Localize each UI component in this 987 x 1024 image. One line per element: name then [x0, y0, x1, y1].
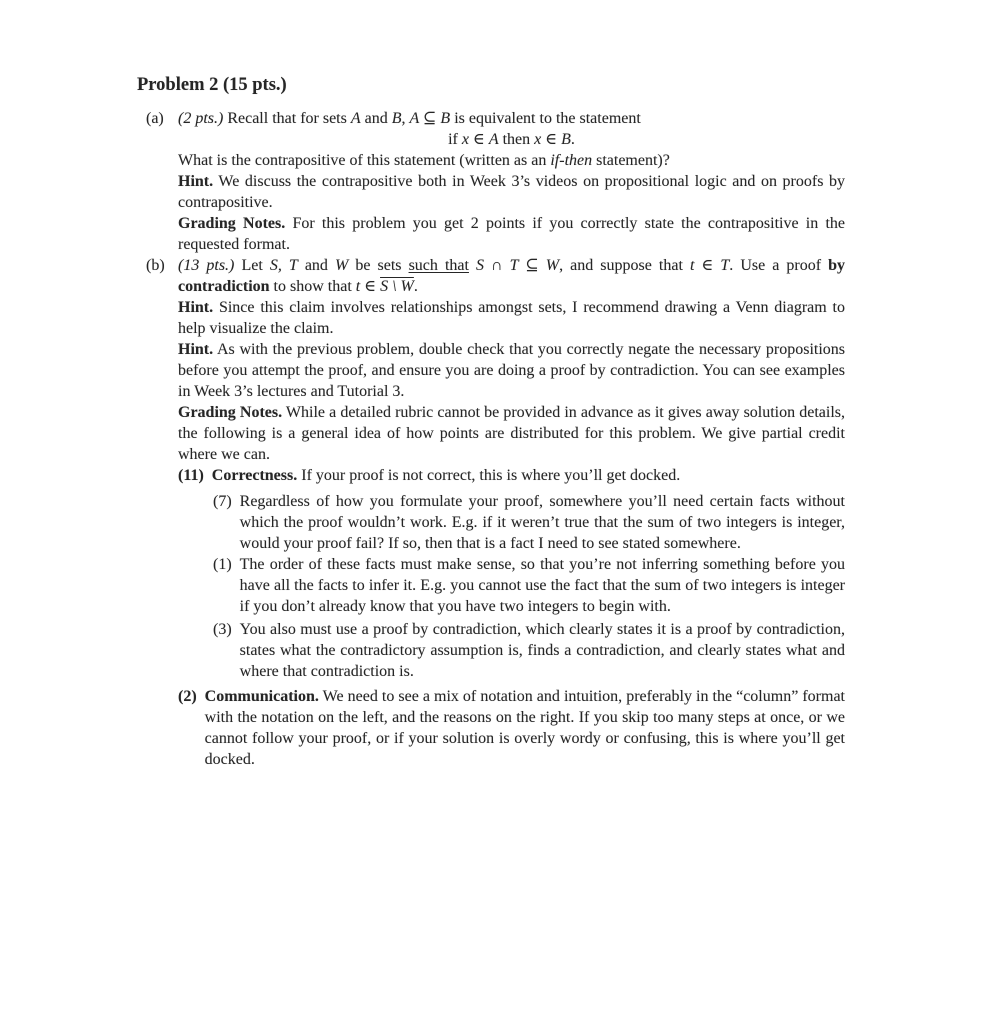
set-variable: B: [392, 110, 402, 127]
rubric-subitem-text: Regardless of how you formulate your pro…: [240, 491, 845, 554]
overlined-set-expression: S \ W: [380, 278, 414, 295]
text-run: and: [361, 110, 392, 127]
if-then-emphasis: if-then: [550, 152, 592, 169]
set-variable: A: [351, 110, 361, 127]
text-run: .: [414, 278, 418, 295]
element-of-symbol: ∈: [469, 131, 489, 148]
part-a-question: What is the contrapositive of this state…: [178, 150, 845, 171]
hint-label: Hint.: [178, 173, 213, 190]
text-run: to show that: [270, 278, 356, 295]
part-b: (b) (13 pts.) Let S, T and W be sets suc…: [137, 255, 845, 770]
rubric-subitem-order: (1) The order of these facts must make s…: [213, 554, 845, 617]
element-of-symbol: ∈: [541, 131, 561, 148]
text-run: The order of these facts must make sense…: [240, 556, 845, 615]
text-run: and: [298, 257, 335, 274]
rubric-item-communication: (2) Communication. We need to see a mix …: [178, 686, 845, 770]
text-run: If your proof is not correct, this is wh…: [297, 467, 680, 484]
problem-heading: Problem 2 (15 pts.): [137, 74, 845, 96]
math-variable: x: [462, 131, 469, 148]
part-b-intro: (13 pts.) Let S, T and W be sets such th…: [178, 255, 845, 297]
text-run: We discuss the contrapositive both in We…: [178, 173, 845, 211]
points-tag: (2 pts.): [178, 110, 223, 127]
rubric-subitem-number: (7): [213, 491, 232, 512]
rubric-subitem-contradiction: (3) You also must use a proof by contrad…: [213, 619, 845, 682]
part-a-hint: Hint. We discuss the contrapositive both…: [178, 171, 845, 213]
part-a: (a) (2 pts.) Recall that for sets A and …: [137, 108, 845, 255]
part-a-label: (a): [137, 108, 178, 129]
underlined-phrase: such that: [409, 257, 469, 274]
text-run: be sets: [348, 257, 408, 274]
grading-notes-label: Grading Notes.: [178, 404, 282, 421]
part-a-intro: (2 pts.) Recall that for sets A and B, A…: [178, 108, 845, 129]
text-run: What is the contrapositive of this state…: [178, 152, 550, 169]
text-run: As with the previous problem, double che…: [178, 341, 845, 400]
document-page: Problem 2 (15 pts.) (a) (2 pts.) Recall …: [0, 0, 987, 1024]
text-run: , and suppose that: [559, 257, 690, 274]
set-variable: B: [561, 131, 571, 148]
points-tag: (13 pts.): [178, 257, 234, 274]
rubric-list: (11) Correctness. If your proof is not c…: [178, 465, 845, 770]
hint-label: Hint.: [178, 299, 213, 316]
part-b-content: (13 pts.) Let S, T and W be sets such th…: [178, 255, 845, 770]
set-expression: t ∈ T: [690, 257, 729, 274]
text-run: .: [571, 131, 575, 148]
set-expression: A ⊆ B: [410, 110, 451, 127]
rubric-item-number: (11): [178, 465, 204, 486]
text-run: Since this claim involves relationships …: [178, 299, 845, 337]
text-run: statement)?: [592, 152, 670, 169]
rubric-subitem-text: The order of these facts must make sense…: [240, 554, 845, 617]
rubric-sublist: (7) Regardless of how you formulate your…: [213, 491, 845, 682]
part-b-hint-1: Hint. Since this claim involves relation…: [178, 297, 845, 339]
text-run: Recall that for sets: [223, 110, 351, 127]
equation-display: if x ∈ A then x ∈ B.: [178, 129, 845, 150]
set-expression: S ∩ T ⊆ W: [476, 257, 559, 274]
text-run: Regardless of how you formulate your pro…: [240, 493, 845, 552]
text-run: if: [448, 131, 462, 148]
rubric-subitem-number: (1): [213, 554, 232, 575]
text-run: is equivalent to the statement: [450, 110, 641, 127]
rubric-category-label: Communication.: [205, 688, 319, 705]
set-variable: A: [489, 131, 499, 148]
part-b-hint-2: Hint. As with the previous problem, doub…: [178, 339, 845, 402]
part-a-content: (2 pts.) Recall that for sets A and B, A…: [178, 108, 845, 255]
text-run: then: [499, 131, 535, 148]
rubric-item-correctness: (11) Correctness. If your proof is not c…: [178, 465, 845, 486]
hint-label: Hint.: [178, 341, 213, 358]
rubric-item-text: Correctness. If your proof is not correc…: [212, 465, 845, 486]
text-run: You also must use a proof by contradicti…: [240, 621, 845, 680]
set-variable: S, T: [270, 257, 298, 274]
text-run: . Use a proof: [729, 257, 828, 274]
text-run: ,: [402, 110, 410, 127]
rubric-subitem-text: You also must use a proof by contradicti…: [240, 619, 845, 682]
part-b-grading-notes: Grading Notes. While a detailed rubric c…: [178, 402, 845, 465]
text-run: [469, 257, 476, 274]
rubric-subitem-number: (3): [213, 619, 232, 640]
rubric-item-number: (2): [178, 686, 197, 707]
rubric-category-label: Correctness.: [212, 467, 297, 484]
rubric-subitem-facts: (7) Regardless of how you formulate your…: [213, 491, 845, 554]
rubric-item-text: Communication. We need to see a mix of n…: [205, 686, 845, 770]
text-run: Let: [234, 257, 269, 274]
grading-notes-label: Grading Notes.: [178, 215, 285, 232]
part-a-grading-notes: Grading Notes. For this problem you get …: [178, 213, 845, 255]
part-b-label: (b): [137, 255, 178, 276]
set-variable: W: [335, 257, 348, 274]
set-expression: t ∈: [356, 278, 380, 295]
